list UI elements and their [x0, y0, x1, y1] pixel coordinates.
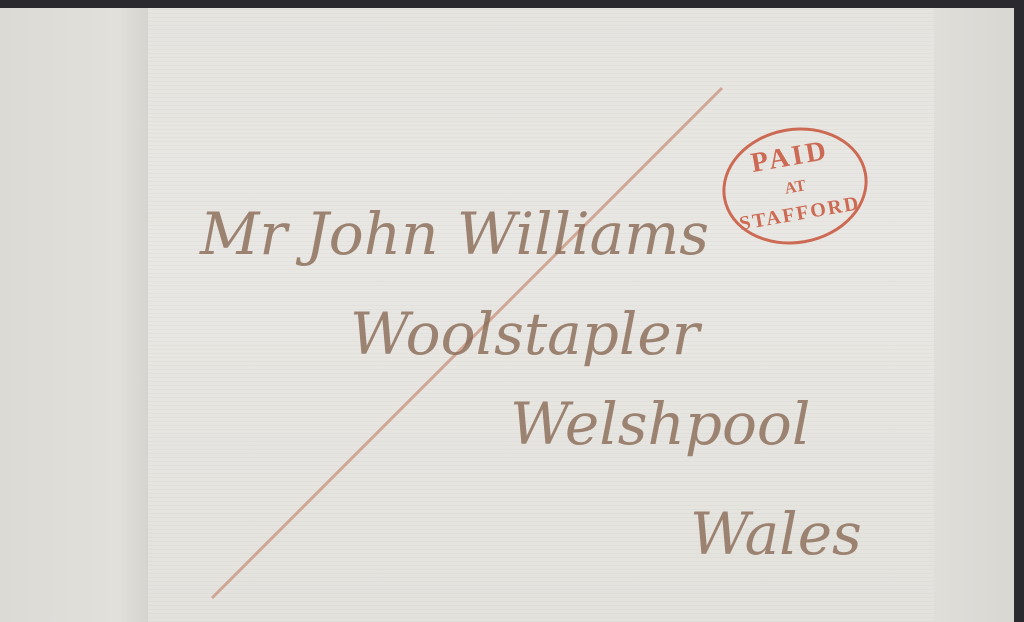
address-line1: Mr John Williams: [200, 200, 709, 268]
letter-cover: PAID AT STAFFORD Mr John Williams Woolst…: [0, 0, 1024, 622]
address-line4: Wales: [690, 500, 862, 568]
address-line3: Welshpool: [510, 390, 810, 458]
address-line2: Woolstapler: [350, 300, 699, 368]
